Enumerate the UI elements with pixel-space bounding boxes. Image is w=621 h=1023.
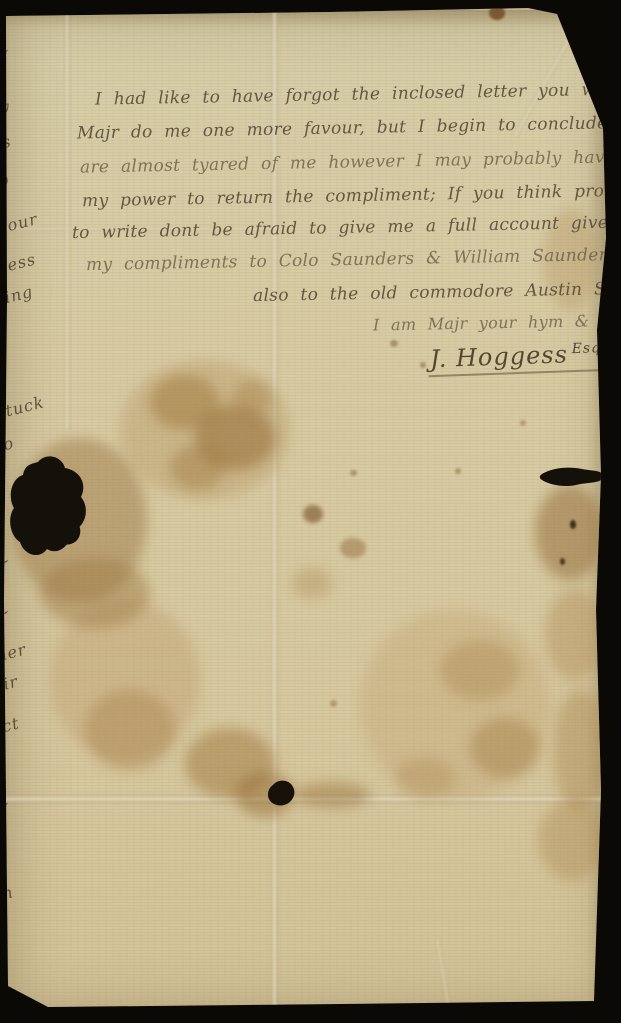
stain (85, 690, 175, 770)
edge-shadow (0, 10, 621, 28)
tear-right-edge (538, 462, 604, 490)
worm-hole-center (263, 777, 299, 809)
margin-fragment: r (0, 933, 7, 954)
tear-speck (560, 558, 565, 565)
stain (395, 758, 455, 798)
stain (170, 445, 225, 490)
ink-spot (455, 468, 461, 474)
document-scan: I had like to have forgot the inclosed l… (0, 0, 621, 1023)
stain (553, 690, 608, 810)
stain (340, 538, 366, 558)
ink-spot (350, 470, 357, 476)
torn-hole-left (8, 452, 94, 580)
stain (292, 568, 332, 598)
ink-spot (420, 362, 426, 368)
ink-spot (330, 700, 337, 707)
tear-speck (570, 520, 576, 529)
stain (545, 590, 605, 680)
ink-spot (520, 420, 526, 426)
signature: J. HoggessEsq (427, 339, 611, 377)
signature-suffix: Esq (571, 340, 601, 357)
stain (303, 505, 323, 523)
letter-page: I had like to have forgot the inclosed l… (0, 0, 621, 1023)
stain (535, 485, 605, 580)
stain (232, 380, 272, 415)
ink-spot (390, 340, 398, 347)
stain (440, 640, 520, 700)
stain (295, 782, 370, 808)
ink-spot (489, 6, 505, 20)
stain (538, 800, 608, 880)
signature-name: J. Hoggess (429, 340, 568, 373)
crease-left-edge (64, 0, 70, 430)
stain (470, 718, 540, 778)
